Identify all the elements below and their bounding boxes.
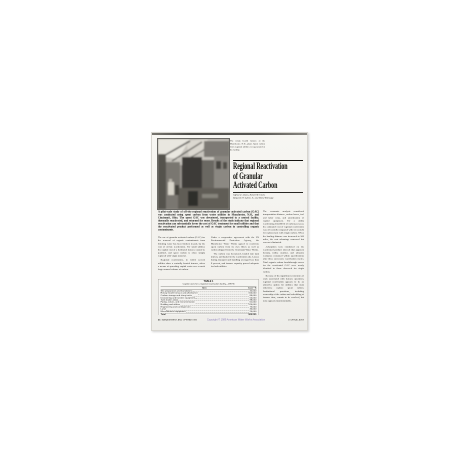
paragraph: Adsorption tests conducted on the reacti… bbox=[263, 245, 304, 273]
paragraph: The use of granular activated carbon (GA… bbox=[158, 236, 205, 258]
page-top-edge bbox=[152, 133, 307, 135]
table-cell-cost: 24,000 bbox=[250, 311, 257, 313]
paragraph: Because of the significant economies of … bbox=[263, 274, 304, 302]
plant-photo bbox=[157, 138, 230, 210]
footer-left: 46MANAGEMENT AND OPERATIONS bbox=[158, 319, 202, 323]
photo-caption-text: The rotary hearth furnace at the Manches… bbox=[230, 140, 265, 151]
authors-block: Jeffrey Q. Adams, Robert M. Clark, Benja… bbox=[233, 194, 303, 203]
table-header-item: Item bbox=[161, 287, 248, 289]
table-header-row: Item Cost—$ bbox=[161, 287, 257, 289]
footer-copyright-text: Copyright © 1989 American Water Works As… bbox=[207, 318, 277, 321]
footer-right: JOURNAL AWWA bbox=[288, 319, 304, 323]
table-total-row: Total 900,000 bbox=[161, 314, 257, 315]
authors-line-2: Benjamin W. Lykins Jr., and David Kittre… bbox=[233, 197, 303, 200]
footer-left-text: 46MANAGEMENT AND OPERATIONS bbox=[158, 319, 202, 321]
plant-photo-image bbox=[158, 139, 229, 209]
table-1-box: TABLE 1 Capital costs for a regional rea… bbox=[158, 279, 259, 315]
table-cell-item: Miscellaneous equipment bbox=[161, 311, 186, 313]
page-number: 46 bbox=[158, 319, 160, 321]
table-row: Engineering and contingencies75,000 bbox=[161, 306, 257, 308]
paragraph: Under a cooperative agreement with the U… bbox=[211, 236, 259, 252]
body-column-3-text: The economic analysis considered transpo… bbox=[263, 210, 304, 302]
body-column-2: Under a cooperative agreement with the U… bbox=[211, 236, 259, 278]
screenshot-root: { "article": { "photo_caption": "The rot… bbox=[0, 0, 458, 458]
photo-caption: The rotary hearth furnace at the Manches… bbox=[230, 140, 265, 158]
authors-rule bbox=[233, 192, 303, 193]
abstract-paragraph: A pilot-scale study of off-site regional… bbox=[158, 210, 259, 235]
table-body: Site preparation and foundations42,000Ro… bbox=[161, 290, 257, 313]
table-row: Miscellaneous equipment24,000 bbox=[161, 311, 257, 313]
paragraph: The carbon was dewatered, loaded into ta… bbox=[211, 253, 259, 269]
paragraph: The economic analysis considered transpo… bbox=[263, 210, 304, 244]
footer-copyright: Copyright © 1989 American Water Works As… bbox=[207, 318, 277, 323]
authors-text: Jeffrey Q. Adams, Robert M. Clark, Benja… bbox=[233, 194, 303, 200]
footer-section-label: MANAGEMENT AND OPERATIONS bbox=[162, 319, 197, 321]
body-column-1-text: The use of granular activated carbon (GA… bbox=[158, 236, 205, 271]
body-column-1: The use of granular activated carbon (GA… bbox=[158, 236, 205, 278]
title-line-3: Activated Carbon bbox=[233, 181, 283, 191]
footer-right-text: JOURNAL AWWA bbox=[288, 319, 304, 321]
article-title: Regional Reactivation of Granular Activa… bbox=[233, 162, 308, 192]
journal-page: The rotary hearth furnace at the Manches… bbox=[151, 132, 308, 331]
paragraph: Regional reactivation, in which several … bbox=[158, 259, 205, 271]
table-header-cost: Cost—$ bbox=[248, 287, 256, 289]
abstract-text: A pilot-scale study of off-site regional… bbox=[158, 210, 259, 231]
body-column-2-text: Under a cooperative agreement with the U… bbox=[211, 236, 259, 268]
table-subtitle: Capital costs for a regional reactivatio… bbox=[161, 283, 257, 285]
table-1: TABLE 1 Capital costs for a regional rea… bbox=[158, 279, 259, 315]
body-column-3: The economic analysis considered transpo… bbox=[263, 210, 304, 317]
table-total-value: 900,000 bbox=[248, 314, 256, 315]
table-total-label: Total bbox=[161, 314, 166, 315]
